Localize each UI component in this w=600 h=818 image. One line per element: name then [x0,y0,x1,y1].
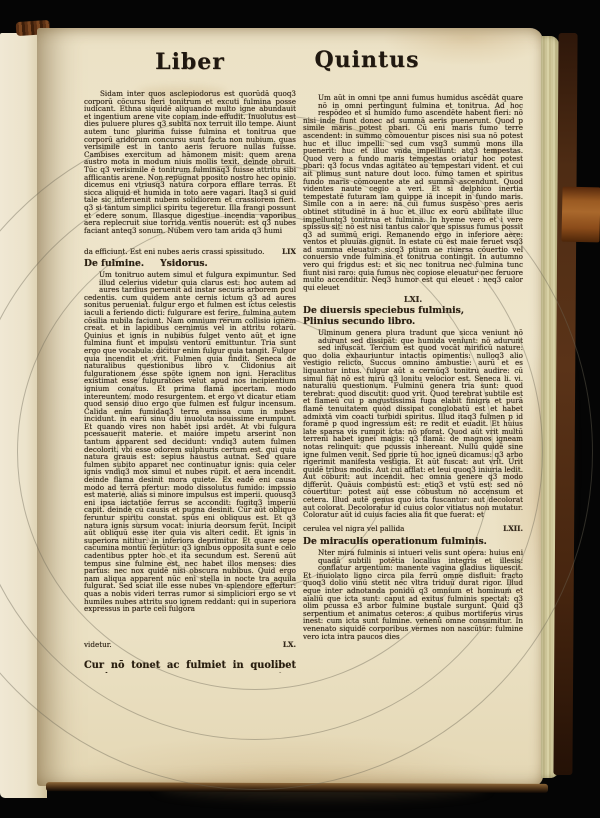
section-heading: De diuersis speciebus fulminis, [303,305,523,316]
chapter-number-line: videtur. LX. [84,641,296,649]
chapter-numeral: LXII. [503,525,523,533]
paragraph: Um tonitruo autem simul et fulgura expim… [84,271,296,641]
paragraph: Nter mira fulminis si intueri velis sunt… [303,549,523,644]
text-column-right: Um aūt in omni tpe anni fumus humidus as… [303,94,523,644]
section-heading-source: Plinius secundo libro. [303,316,523,327]
initial-letter-space [303,94,316,116]
paragraph: Sidam inter quos asclepiodorus est quorū… [84,90,296,248]
initial-letter-space [84,271,97,293]
heading-author: Ysidorus. [160,258,208,269]
chapter-numeral: LXI. [303,296,523,305]
paragraph-last-line: videtur. [84,641,112,649]
running-title-liber: Liber [135,49,245,75]
paragraph: Um aūt in omni tpe anni fumus humidus as… [303,94,523,296]
leather-cover-edge [553,33,577,775]
section-heading: De fulmine. Ysidorus. [84,258,296,269]
paragraph-last-line: cerulea vel nigra vel pallida [303,525,404,533]
chapter-numeral: LX. [283,641,296,649]
heading-title: De fulmine. [84,258,144,269]
paragraph-text: Ulminum genera plura tradunt que sicca v… [303,329,523,519]
chapter-title: Cur nō tonet ac fulmiet in quolibet anni… [84,660,296,673]
paragraph: Ulminum genera plura tradunt que sicca v… [303,329,523,525]
section-heading: De miraculis operationum fulminis. [303,536,523,547]
initial-letter-space [303,329,316,351]
paragraph-text: Um tonitruo autem simul et fulgura expim… [84,271,296,613]
book-page: Liber Quintus Sidam inter quos asclepiod… [37,28,543,786]
leather-clasp-strap [561,187,600,243]
paragraph-last-line: da efficiunt. Est eni nubes aeris crassi… [84,248,264,256]
initial-letter-space [303,549,316,571]
book-photo: Liber Quintus Sidam inter quos asclepiod… [0,0,600,818]
chapter-number-line: cerulea vel nigra vel pallida LXII. [303,525,523,533]
text-column-left: Sidam inter quos asclepiodorus est quorū… [84,90,296,673]
paragraph-text: Nter mira fulminis si intueri velis sunt… [303,549,523,641]
paragraph-text: Um aūt in omni tpe anni fumus humidus as… [303,94,523,292]
bottom-board-edge [46,782,548,793]
running-title-quintus: Quintus [307,47,427,73]
chapter-number-line: da efficiunt. Est eni nubes aeris crassi… [84,248,296,256]
chapter-numeral: LIX [282,248,296,256]
